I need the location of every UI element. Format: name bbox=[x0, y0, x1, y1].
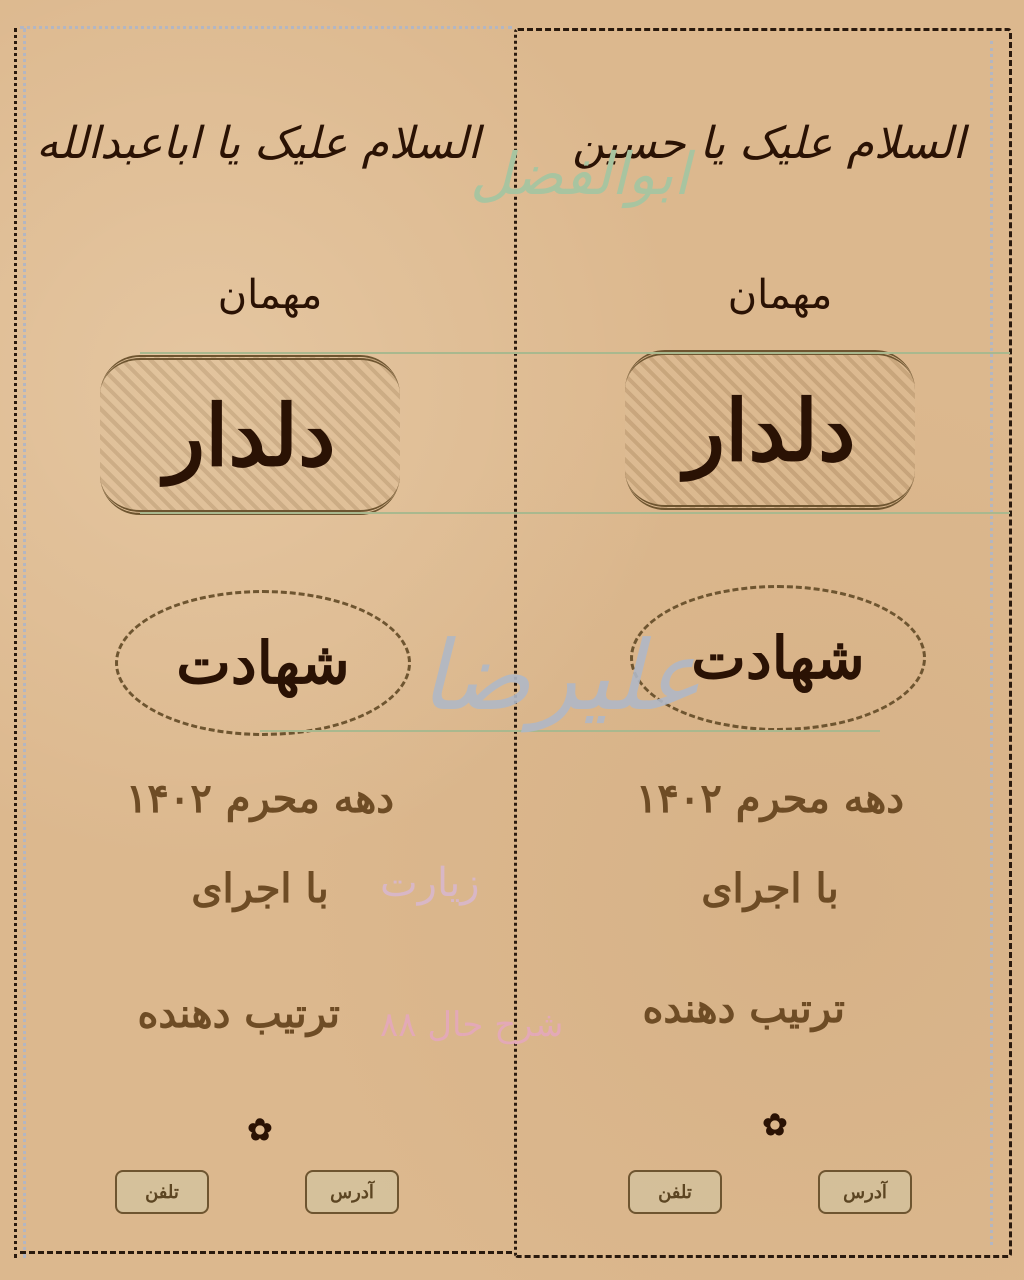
lilac-overlay-text: زیارت bbox=[380, 860, 480, 906]
left-mid-calligraphy: مهمان bbox=[80, 272, 460, 318]
right-signature-line: ترتیب دهنده bbox=[695, 985, 845, 1032]
left-cartouche: دلدار bbox=[100, 355, 400, 515]
left-seal-label-2: آدرس bbox=[305, 1170, 399, 1214]
pink-overlay-text: شرح حال ۸۸ bbox=[380, 1005, 563, 1045]
right-cartouche: دلدار bbox=[625, 350, 915, 510]
green-overlay-text: ابوالفضل bbox=[470, 140, 690, 208]
left-detail-line-2: با اجرای bbox=[150, 865, 370, 912]
right-mid-calligraphy: مهمان bbox=[600, 272, 960, 318]
green-rule-bottom bbox=[140, 512, 1010, 514]
left-oval: شهادت bbox=[115, 590, 411, 736]
right-detail-line-2: با اجرای bbox=[670, 865, 870, 912]
left-cartouche-text: دلدار bbox=[100, 360, 400, 510]
left-seal-emblem: ✿ bbox=[215, 1080, 305, 1180]
left-top-calligraphy: السلام علیک یا اباعبدالله bbox=[60, 118, 480, 169]
left-signature-line: ترتیب دهنده bbox=[180, 990, 340, 1037]
blue-overlay-name: علیرضا bbox=[420, 620, 702, 732]
right-seal-label-2: آدرس bbox=[818, 1170, 912, 1214]
right-cartouche-text: دلدار bbox=[625, 355, 915, 505]
right-seal-emblem: ✿ bbox=[730, 1075, 820, 1175]
left-seal-label-1: تلفن bbox=[115, 1170, 209, 1214]
right-seal-label-1: تلفن bbox=[628, 1170, 722, 1214]
right-detail-line-1: دهه محرم ۱۴۰۲ bbox=[610, 775, 930, 822]
left-detail-line-1: دهه محرم ۱۴۰۲ bbox=[90, 775, 430, 822]
green-rule-top bbox=[140, 352, 1010, 354]
